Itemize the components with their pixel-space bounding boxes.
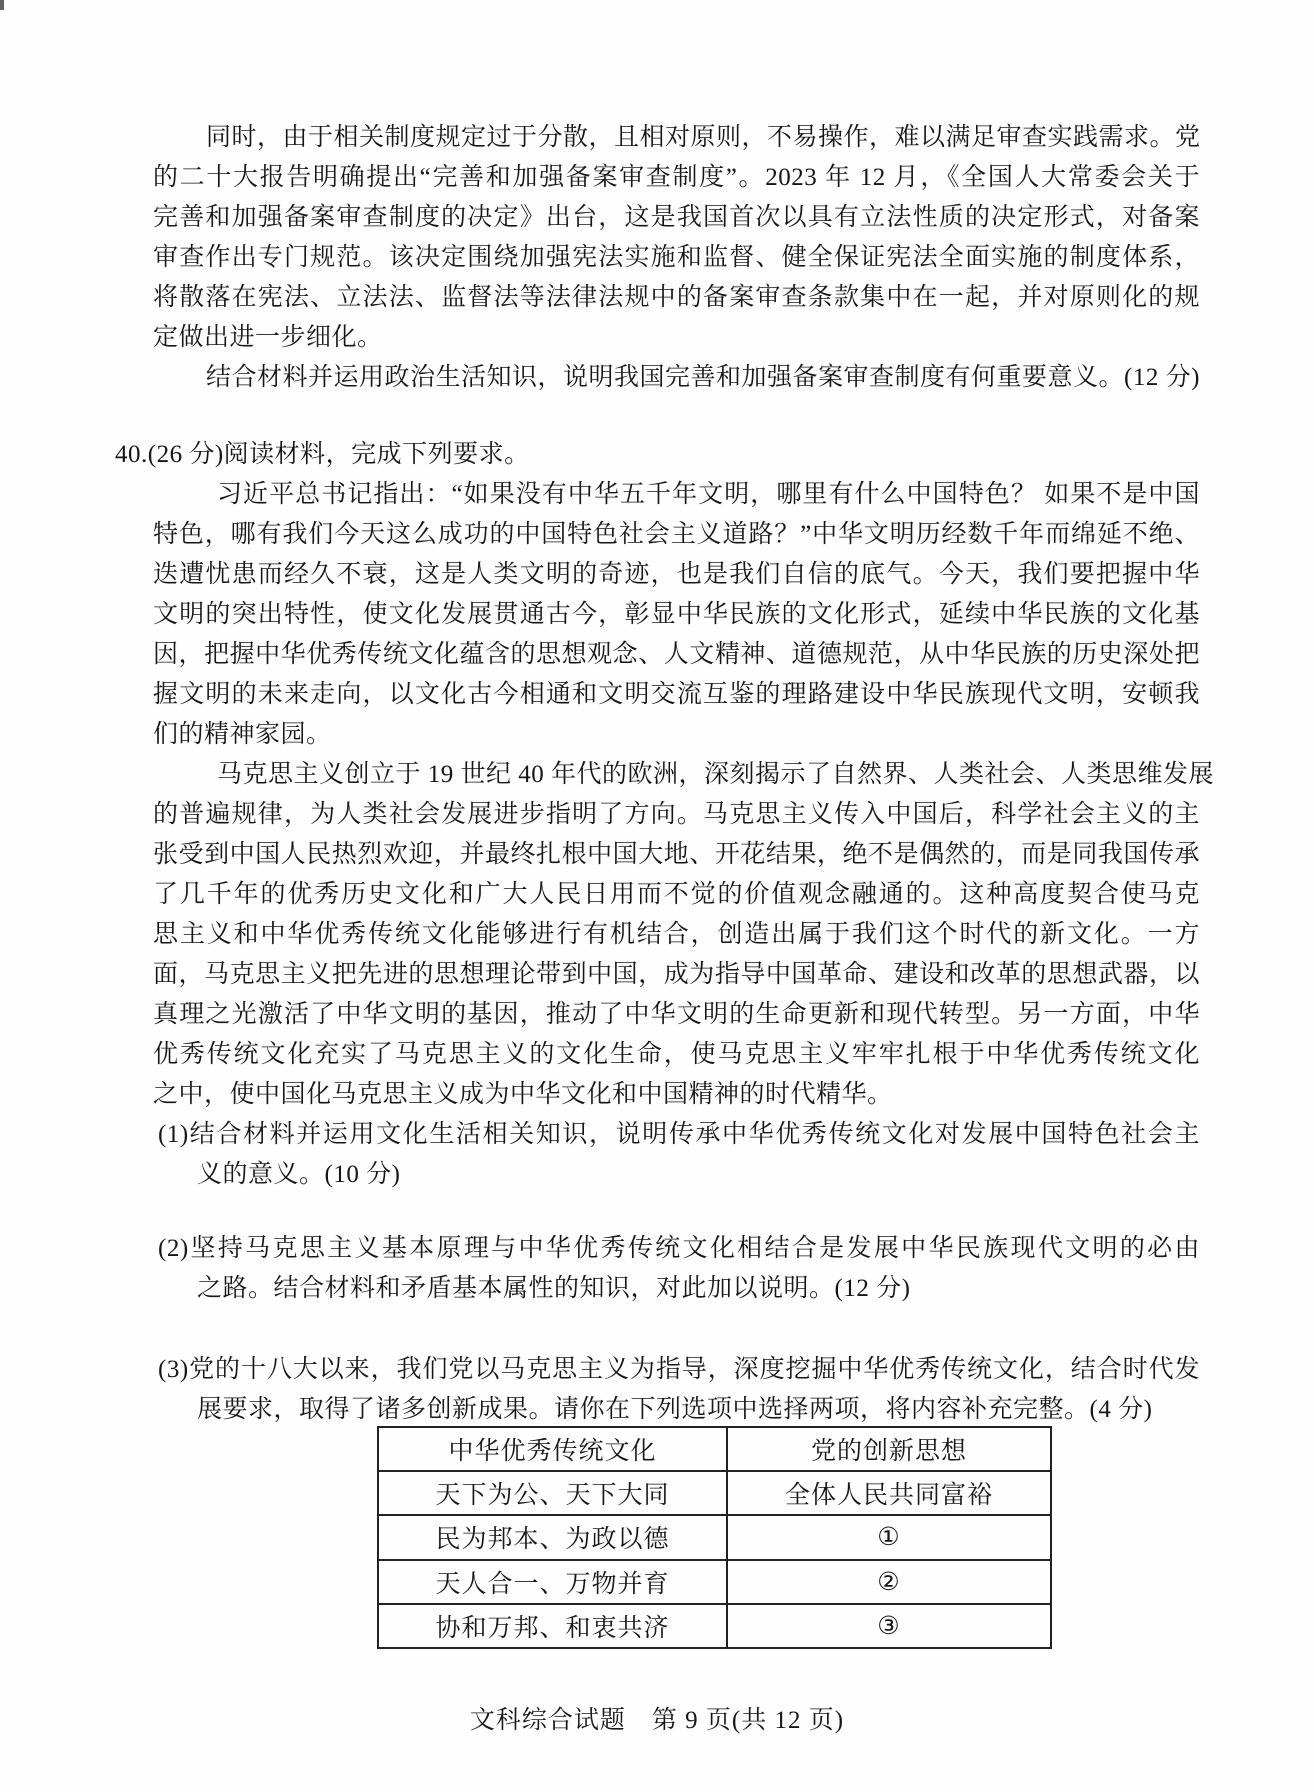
- text-line: 握文明的未来走向，以文化古今相通和文明交流互鉴的理路建设中华民族现代文明，安顿我: [153, 675, 1200, 715]
- text-line: 了几千年的优秀历史文化和广大人民日用而不觉的价值观念融通的。这种高度契合使马克: [153, 875, 1200, 915]
- text-line: (1)结合材料并运用文化生活相关知识，说明传承中华优秀传统文化对发展中国特色社会…: [158, 1115, 1200, 1155]
- text-line: 习近平总书记指出：“如果没有中华五千年文明，哪里有什么中国特色？ 如果不是中国: [153, 475, 1200, 515]
- text-line: 审查作出专门规范。该决定围绕加强宪法实施和监督、健全保证宪法全面实施的制度体系，: [153, 238, 1200, 278]
- text-line: 文明的突出特性，使文化发展贯通古今，彰显中华民族的文化形式，延续中华民族的文化基: [153, 595, 1200, 635]
- table-header-cell: 中华优秀传统文化: [378, 1427, 727, 1471]
- text-line: 真理之光激活了中华文明的基因，推动了中华文明的生命更新和现代转型。另一方面，中华: [153, 995, 1200, 1035]
- page-footer: 文科综合试题 第 9 页(共 12 页): [0, 1700, 1314, 1736]
- table-cell: 民为邦本、为政以德: [378, 1515, 727, 1559]
- text-line: 的二十大报告明确提出“完善和加强备案审查制度”。2023 年 12 月，《全国人…: [153, 158, 1200, 198]
- table-row: 天下为公、天下大同全体人民共同富裕: [378, 1471, 1051, 1515]
- question-40-header: 40.(26 分)阅读材料，完成下列要求。: [115, 435, 1200, 475]
- question-39-material-paragraph: 同时，由于相关制度规定过于分散，且相对原则，不易操作，难以满足审查实践需求。党的…: [153, 118, 1200, 358]
- question-40-sub-question-1: (1)结合材料并运用文化生活相关知识，说明传承中华优秀传统文化对发展中国特色社会…: [153, 1115, 1200, 1195]
- text-line: (3)党的十八大以来，我们党以马克思主义为指导，深度挖掘中华优秀传统文化，结合时…: [158, 1350, 1200, 1390]
- page-content: 同时，由于相关制度规定过于分散，且相对原则，不易操作，难以满足审查实践需求。党的…: [153, 118, 1200, 1430]
- text-line: 迭遭忧患而经久不衰，这是人类文明的奇迹，也是我们自信的底气。今天，我们要把握中华: [153, 555, 1200, 595]
- question-39-prompt: 结合材料并运用政治生活知识，说明我国完善和加强备案审查制度有何重要意义。(12 …: [153, 358, 1200, 398]
- question-40-material-paragraph-2: 马克思主义创立于 19 世纪 40 年代的欧洲，深刻揭示了自然界、人类社会、人类…: [153, 755, 1200, 1115]
- text-line: 之中，使中国化马克思主义成为中华文化和中国精神的时代精华。: [153, 1075, 1200, 1115]
- table-cell: ②: [727, 1560, 1051, 1604]
- text-line: 义的意义。(10 分): [197, 1155, 1200, 1195]
- text-line: (2)坚持马克思主义基本原理与中华优秀传统文化相结合是发展中华民族现代文明的必由: [158, 1229, 1200, 1269]
- table-row: 民为邦本、为政以德①: [378, 1515, 1051, 1559]
- exam-page: 同时，由于相关制度规定过于分散，且相对原则，不易操作，难以满足审查实践需求。党的…: [0, 0, 1314, 1792]
- table-row: 协和万邦、和衷共济③: [378, 1604, 1051, 1648]
- table-cell: 协和万邦、和衷共济: [378, 1604, 727, 1648]
- text-line: 张受到中国人民热烈欢迎，并最终扎根中国大地、开花结果，绝不是偶然的，而是同我国传…: [153, 835, 1200, 875]
- match-table: 中华优秀传统文化党的创新思想天下为公、天下大同全体人民共同富裕民为邦本、为政以德…: [377, 1426, 1052, 1649]
- text-line: 的普遍规律，为人类社会发展进步指明了方向。马克思主义传入中国后，科学社会主义的主: [153, 795, 1200, 835]
- text-line: 完善和加强备案审查制度的决定》出台，这是我国首次以具有立法性质的决定形式，对备案: [153, 198, 1200, 238]
- table-header-cell: 党的创新思想: [727, 1427, 1051, 1471]
- question-40-material-paragraph-1: 习近平总书记指出：“如果没有中华五千年文明，哪里有什么中国特色？ 如果不是中国特…: [153, 475, 1200, 755]
- text-line: 将散落在宪法、立法法、监督法等法律法规中的备案审查条款集中在一起，并对原则化的规: [153, 278, 1200, 318]
- table-cell: ③: [727, 1604, 1051, 1648]
- table-cell: 天人合一、万物并育: [378, 1560, 727, 1604]
- text-line: 优秀传统文化充实了马克思主义的文化生命，使马克思主义牢牢扎根于中华优秀传统文化: [153, 1035, 1200, 1075]
- scan-artifact: [0, 0, 4, 10]
- table-cell: ①: [727, 1515, 1051, 1559]
- text-line: 因，把握中华优秀传统文化蕴含的思想观念、人文精神、道德规范，从中华民族的历史深处…: [153, 635, 1200, 675]
- table-header-row: 中华优秀传统文化党的创新思想: [378, 1427, 1051, 1471]
- text-line: 面，马克思主义把先进的思想理论带到中国，成为指导中国革命、建设和改革的思想武器，…: [153, 955, 1200, 995]
- text-line: 之路。结合材料和矛盾基本属性的知识，对此加以说明。(12 分): [197, 1269, 1200, 1309]
- table-cell: 天下为公、天下大同: [378, 1471, 727, 1515]
- match-table-body: 中华优秀传统文化党的创新思想天下为公、天下大同全体人民共同富裕民为邦本、为政以德…: [378, 1427, 1051, 1648]
- question-40-sub-question-2: (2)坚持马克思主义基本原理与中华优秀传统文化相结合是发展中华民族现代文明的必由…: [153, 1229, 1200, 1309]
- text-line: 思主义和中华优秀传统文化能够进行有机结合，创造出属于我们这个时代的新文化。一方: [153, 915, 1200, 955]
- table-row: 天人合一、万物并育②: [378, 1560, 1051, 1604]
- question-40-sub-question-3: (3)党的十八大以来，我们党以马克思主义为指导，深度挖掘中华优秀传统文化，结合时…: [153, 1350, 1200, 1430]
- text-line: 特色，哪有我们今天这么成功的中国特色社会主义道路？”中华文明历经数千年而绵延不绝…: [153, 515, 1200, 555]
- text-line: 们的精神家园。: [153, 715, 1200, 755]
- text-line: 定做出进一步细化。: [153, 318, 1200, 358]
- text-line: 同时，由于相关制度规定过于分散，且相对原则，不易操作，难以满足审查实践需求。党: [153, 118, 1200, 158]
- text-line: 展要求，取得了诸多创新成果。请你在下列选项中选择两项，将内容补充完整。(4 分): [197, 1390, 1200, 1430]
- table-cell: 全体人民共同富裕: [727, 1471, 1051, 1515]
- text-line: 马克思主义创立于 19 世纪 40 年代的欧洲，深刻揭示了自然界、人类社会、人类…: [153, 755, 1200, 795]
